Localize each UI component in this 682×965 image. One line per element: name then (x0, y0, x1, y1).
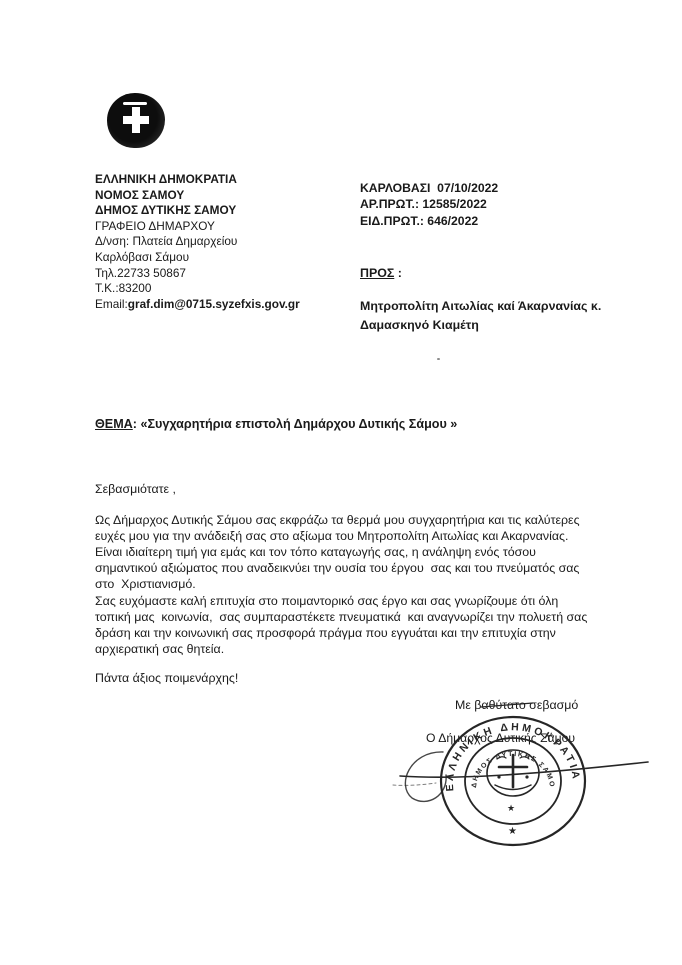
letter-body: Σεβασμιότατε , Ως Δήμαρχος Δυτικής Σάμου… (95, 481, 607, 686)
stamp-star-icon: ★ (507, 803, 515, 813)
letter-page: ΕΛΛΗΝΙΚΗ ΔΗΜΟΚΡΑΤΙΑ ΝΟΜΟΣ ΣΑΜΟΥ ΔΗΜΟΣ ΔΥ… (0, 0, 682, 965)
email-value: graf.dim@0715.syzefxis.gov.gr (128, 297, 300, 311)
municipal-emblem-icon (107, 93, 165, 148)
closing-exclamation: Πάντα άξιος ποιμενάρχης! (95, 670, 607, 686)
sender-postcode: Τ.Κ.:83200 (95, 281, 365, 297)
body-line: αρχιερατική σας θητεία. (95, 641, 607, 657)
recipient-line-1: Μητροπολίτη Αιτωλίας καί Άκαρνανίας κ. (360, 297, 615, 316)
subject-text: «Συγχαρητήρια επιστολή Δημάρχου Δυτικής … (140, 417, 457, 431)
sender-email-line: Email:graf.dim@0715.syzefxis.gov.gr (95, 297, 365, 313)
sender-municipality: ΔΗΜΟΣ ΔΥΤΙΚΗΣ ΣΑΜΟΥ (95, 203, 365, 219)
sender-address: Δ/νση: Πλατεία Δημαρχείου (95, 234, 365, 250)
blank-line (95, 497, 607, 512)
body-line: δράση και την κοινωνική σας προσφορά πρά… (95, 625, 607, 641)
body-line: Σας ευχόμαστε καλή επιτυχία στο ποιμαντο… (95, 593, 607, 609)
salutation: Σεβασμιότατε , (95, 481, 607, 497)
sender-prefecture: ΝΟΜΟΣ ΣΑΜΟΥ (95, 188, 365, 204)
body-line: στο Χριστιανισμό. (95, 576, 607, 592)
recipient-block: Μητροπολίτη Αιτωλίας καί Άκαρνανίας κ. Δ… (360, 297, 615, 335)
to-colon: : (394, 266, 402, 280)
pen-strike-line (481, 703, 533, 707)
cross-icon (123, 116, 149, 124)
sender-city: Καρλόβασι Σάμου (95, 250, 365, 266)
sender-header-block: ΕΛΛΗΝΙΚΗ ΔΗΜΟΚΡΑΤΙΑ ΝΟΜΟΣ ΣΑΜΟΥ ΔΗΜΟΣ ΔΥ… (95, 172, 365, 312)
body-line: τοπική μας κοινωνία, σας συμπαραστέκετε … (95, 609, 607, 625)
subject-line: ΘΕΜΑ: «Συγχαρητήρια επιστολή Δημάρχου Δυ… (95, 417, 615, 431)
place-date-line: ΚΑΡΛΟΒΑΣΙ 07/10/2022 (360, 180, 610, 196)
stamp-star-icon: ★ (508, 826, 517, 837)
email-label: Email: (95, 297, 128, 311)
scan-speck (437, 358, 440, 360)
to-label: ΠΡΟΣ (360, 266, 394, 280)
protocol-number-line: ΑΡ.ΠΡΩΤ.: 12585/2022 (360, 196, 610, 212)
to-label-line: ΠΡΟΣ : (360, 266, 402, 280)
sender-country: ΕΛΛΗΝΙΚΗ ΔΗΜΟΚΡΑΤΙΑ (95, 172, 365, 188)
special-protocol-line: ΕΙΔ.ΠΡΩΤ.: 646/2022 (360, 213, 610, 229)
emblem-slit (123, 102, 147, 105)
body-line: ευχές μου για την ανάδειξή σας στο αξίωμ… (95, 528, 607, 544)
protocol-header-block: ΚΑΡΛΟΒΑΣΙ 07/10/2022 ΑΡ.ΠΡΩΤ.: 12585/202… (360, 180, 610, 229)
body-line: σημαντικού αξιώματος που αναδεικνύει την… (95, 560, 607, 576)
body-line: Είναι ιδιαίτερη τιμή για εμάς και τον τό… (95, 544, 607, 560)
official-stamp-and-signature: ΕΛΛΗΝΙΚΗ ΔΗΜΟΚΡΑΤΙΑ ΔΗΜΟΣ ΔΥΤΙΚΗΣ ΣΑΜΟΥ … (388, 695, 668, 890)
subject-label: ΘΕΜΑ (95, 417, 133, 431)
sender-phone: Τηλ.22733 50867 (95, 266, 365, 282)
recipient-line-2: Δαμασκηνό Κιαμέτη (360, 316, 615, 335)
body-line: Ως Δήμαρχος Δυτικής Σάμου σας εκφράζω τα… (95, 512, 607, 528)
sender-office: ΓΡΑΦΕΙΟ ΔΗΜΑΡΧΟΥ (95, 219, 365, 235)
